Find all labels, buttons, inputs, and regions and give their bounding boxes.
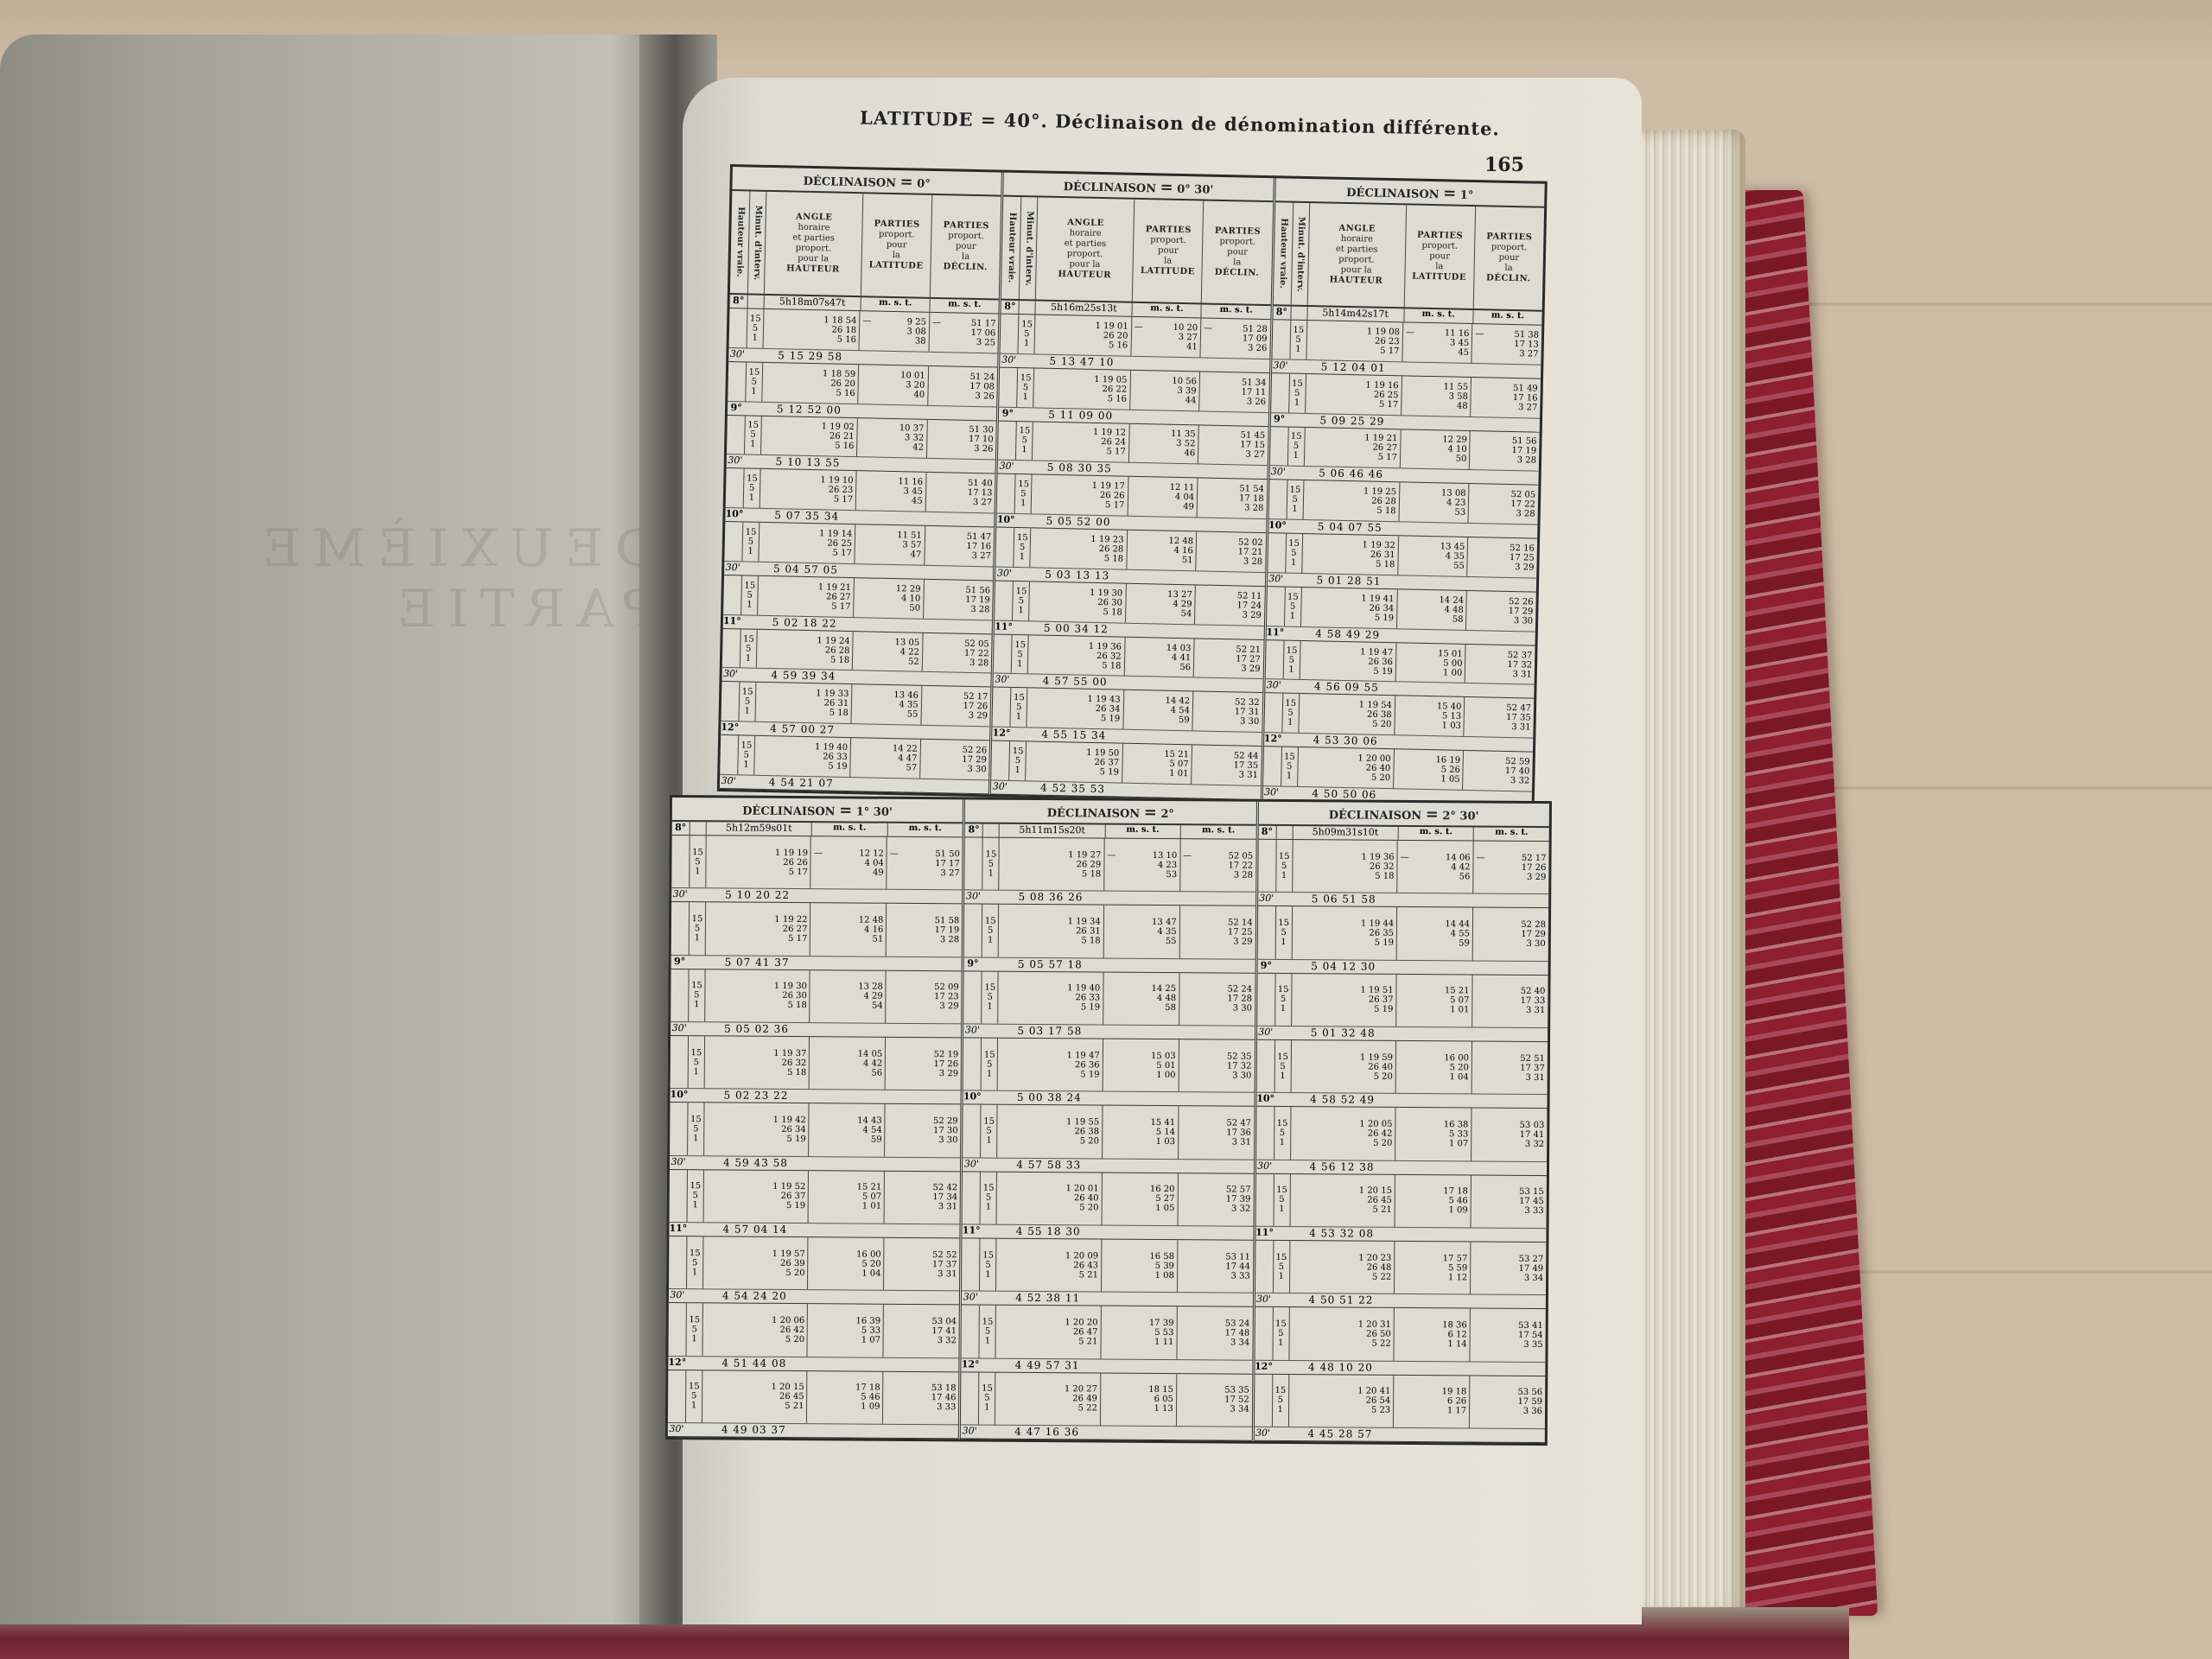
- hour-angle: 4 51 44 08: [701, 1357, 807, 1370]
- minut-values: 1551: [738, 736, 755, 775]
- latitude-parts: —11 163 4545: [1402, 322, 1472, 362]
- latitude-cell: [1396, 629, 1466, 644]
- latitude-cell: [1401, 416, 1471, 430]
- interval-group: 15511 19 5926 405 2016 005 201 0452 5117…: [1256, 1040, 1548, 1109]
- minut-values: 1551: [980, 1238, 996, 1290]
- table-row: 15511 19 5126 375 1915 215 071 0152 4017…: [1257, 973, 1548, 1028]
- latitude-cell: [1100, 1426, 1176, 1440]
- minut-values: 1551: [1283, 640, 1300, 679]
- interval-group: 15511 19 4726 365 1915 015 001 0052 3717…: [1265, 640, 1535, 699]
- angle-parts: 1 19 0526 225 16: [1034, 368, 1131, 409]
- interval-group: 15511 19 0826 235 17—11 163 4545—51 3817…: [1272, 320, 1542, 378]
- hauteur-cell: [726, 468, 745, 507]
- hauteur-label: 30': [720, 775, 737, 788]
- hauteur-label: 9°: [964, 957, 982, 970]
- declin-parts: 52 3217 313 30: [1192, 692, 1262, 732]
- minut-values: 1551: [741, 629, 758, 668]
- col-declin: PARTIESproport.pourlaDÉCLIN.: [931, 195, 1001, 299]
- hauteur-label: 10°: [997, 514, 1014, 527]
- hauteur-label: 10°: [1256, 1093, 1274, 1106]
- latitude-cell: [1129, 410, 1199, 424]
- declin-cell: [1470, 417, 1540, 432]
- hauteur-label: 10°: [671, 1089, 688, 1102]
- angle-parts: 1 19 2126 275 17: [1304, 428, 1401, 468]
- latitude-cell: [1393, 1428, 1469, 1442]
- page-number: 165: [1484, 154, 1524, 176]
- hauteur-label: 8°: [730, 295, 748, 308]
- minut-cell: [983, 824, 1000, 837]
- declin-parts: 53 1517 453 33: [1471, 1175, 1547, 1228]
- angle-parts: 1 19 4226 345 19: [704, 1103, 810, 1156]
- table-row: 15511 19 2126 275 1712 294 105051 5617 1…: [723, 575, 993, 620]
- hauteur-label: 11°: [723, 615, 741, 628]
- minut-cell: [1017, 354, 1033, 367]
- unit-label: m. s. t.: [887, 823, 963, 837]
- table-row: 15511 20 2026 475 2117 395 531 1153 2417…: [962, 1306, 1253, 1361]
- angle-parts: 1 19 4326 345 19: [1027, 689, 1124, 729]
- table-row: 15511 19 3426 315 1813 474 355552 1417 2…: [964, 905, 1255, 960]
- declin-parts: —51 5017 173 27: [887, 837, 963, 890]
- minut-cell: [1009, 728, 1025, 741]
- minut-cell: [982, 891, 997, 904]
- hauteur-cell: [671, 969, 689, 1021]
- hauteur-label: 8°: [672, 822, 690, 835]
- interval-group: 15511 19 4726 365 1915 035 011 0052 3517…: [963, 1038, 1255, 1107]
- col-latitude: PARTIESproport.pourlaLATITUDE: [861, 194, 933, 297]
- hauteur-label: 11°: [1255, 1227, 1273, 1240]
- latitude-cell: [1101, 1293, 1177, 1306]
- minut-cell: [1276, 826, 1293, 839]
- declin-cell: [925, 512, 995, 527]
- table-row: 15511 19 2126 275 1712 294 105051 5617 1…: [1269, 427, 1539, 472]
- table-row: 15511 19 1626 255 1711 553 584851 4917 1…: [1271, 373, 1541, 418]
- angle-parts: 1 20 1526 455 21: [702, 1370, 808, 1423]
- latitude-parts: 12 294 1050: [1401, 429, 1471, 469]
- latitude-cell: [1397, 575, 1467, 590]
- hauteur-label: 9°: [1257, 959, 1274, 972]
- declin-cell: [1193, 678, 1263, 693]
- minut-values: 1551: [981, 1105, 997, 1157]
- hour-angle: 4 53 32 08: [1288, 1227, 1395, 1241]
- latitude-parts: 14 434 5459: [810, 1103, 886, 1156]
- col-angle: ANGLEhoraireet partiesproport.pour laHAU…: [765, 192, 863, 296]
- interval-group: 15511 19 5226 375 1915 215 071 0152 4217…: [669, 1170, 960, 1239]
- hauteur-label: 30': [1268, 573, 1285, 586]
- table-rows: 8°5h18m07s47tm. s. t.m. s. t.15511 18 54…: [720, 295, 999, 794]
- minut-cell: [1291, 307, 1307, 320]
- minut-cell: [685, 1357, 701, 1370]
- latitude-cell: [1102, 1225, 1178, 1239]
- angle-parts: 1 19 2426 285 18: [757, 629, 854, 670]
- declin-parts: 53 4117 543 35: [1471, 1309, 1546, 1362]
- table-row: 15511 19 5926 405 2016 005 201 0452 5117…: [1256, 1040, 1548, 1096]
- latitude-parts: 11 353 5246: [1128, 423, 1198, 463]
- hour-angle: 4 53 30 06: [1297, 734, 1395, 748]
- declin-parts: 52 2817 293 30: [1473, 908, 1548, 961]
- hour-angle: 4 49 03 37: [701, 1423, 807, 1437]
- angle-parts: 1 19 0826 235 17: [1306, 321, 1403, 361]
- angle-parts: 1 19 3626 325 18: [1028, 635, 1125, 676]
- minut-values: 1551: [1019, 315, 1036, 353]
- angle-parts: 1 20 2026 475 21: [996, 1306, 1102, 1358]
- hauteur-label: 30': [671, 888, 689, 901]
- latitude-parts: 11 513 5747: [855, 524, 925, 564]
- hauteur-cell: [721, 682, 741, 721]
- minut-cell: [745, 402, 760, 415]
- declin-cell: [1470, 1362, 1546, 1376]
- minut-cell: [1020, 301, 1036, 314]
- latitude-cell: [808, 1224, 884, 1237]
- hauteur-label: 30': [727, 454, 744, 467]
- angle-row: 30'4 45 28 57: [1254, 1427, 1544, 1443]
- table-row: 15511 20 1526 455 2117 185 461 0953 1817…: [668, 1370, 959, 1426]
- latitude-parts: —14 064 4256: [1397, 841, 1473, 893]
- declin-parts: 52 2617 293 30: [1466, 591, 1535, 631]
- angle-parts: 1 19 1226 245 17: [1033, 422, 1129, 462]
- table-rows: 8°5h14m42s17tm. s. t.m. s. t.15511 19 08…: [1262, 306, 1541, 805]
- left-page: DEUXIÈME PARTIE: [0, 35, 665, 1624]
- hauteur-cell: [1257, 906, 1275, 958]
- declin-parts: 53 0417 413 32: [884, 1305, 959, 1357]
- latitude-cell: [853, 618, 923, 632]
- minut-cell: [981, 1025, 996, 1038]
- angle-parts: 1 20 1526 455 21: [1290, 1174, 1395, 1227]
- latitude-parts: 14 244 4858: [1397, 589, 1467, 629]
- hauteur-label: 30': [1256, 1160, 1274, 1173]
- table-row: 15511 19 4126 345 1914 244 485852 2617 2…: [1267, 587, 1536, 632]
- hauteur-label: 30': [728, 348, 746, 361]
- minut-cell: [1014, 514, 1030, 527]
- hour-angle: 5 07 41 37: [704, 956, 810, 969]
- angle-parts: 1 20 0026 405 20: [1298, 747, 1395, 788]
- start-angle: 5h11m15s20t: [1000, 824, 1105, 838]
- hauteur-label: 30': [1258, 893, 1275, 906]
- latitude-parts: 15 215 071 01: [1122, 744, 1192, 784]
- hauteur-label: 30': [1262, 786, 1280, 799]
- table-row: 15511 19 4226 345 1914 434 545952 2917 3…: [670, 1103, 961, 1158]
- hour-angle: 4 59 43 58: [702, 1156, 809, 1170]
- table-row: 15511 19 5426 385 2015 405 131 0352 4717…: [1264, 694, 1534, 739]
- minut-cell: [1274, 960, 1290, 973]
- interval-group: 15511 20 0026 405 2016 195 261 0552 5917…: [1262, 747, 1533, 805]
- declin-cell: [1195, 571, 1265, 586]
- declin-cell: [1471, 1095, 1548, 1109]
- declin-cell: [886, 957, 962, 970]
- declin-parts: 53 2717 493 34: [1471, 1242, 1546, 1294]
- hauteur-cell: [1257, 973, 1275, 1025]
- table-row: 15511 20 0926 435 2116 585 391 0853 1117…: [962, 1238, 1253, 1294]
- col-minut: Minut. d'interv.: [748, 191, 766, 293]
- hour-angle: 4 49 57 31: [995, 1358, 1101, 1372]
- minut-cell: [1273, 1227, 1288, 1240]
- hauteur-label: 30': [1000, 353, 1017, 366]
- hauteur-cell: [961, 1372, 979, 1424]
- angle-parts: 1 19 1026 235 17: [760, 469, 857, 510]
- angle-parts: 1 19 2526 285 18: [1303, 480, 1400, 521]
- latitude-cell: [1397, 893, 1473, 907]
- hauteur-label: 30': [1269, 466, 1287, 479]
- hauteur-cell: [997, 474, 1016, 513]
- declin-cell: [883, 1291, 959, 1305]
- angle-row: 30'4 47 16 36: [961, 1425, 1251, 1440]
- hauteur-cell: [1265, 640, 1284, 679]
- hour-angle: 5 01 32 48: [1290, 1027, 1396, 1040]
- latitude-parts: 16 005 201 04: [808, 1237, 884, 1290]
- hour-angle: 4 55 15 34: [1025, 728, 1122, 743]
- hauteur-cell: [993, 688, 1012, 727]
- column-headers: Hauteur vraie. Minut. d'interv. ANGLEhor…: [1273, 202, 1544, 311]
- interval-group: 15511 19 2526 285 1813 084 235352 0517 2…: [1268, 480, 1539, 538]
- angle-parts: 1 20 0526 425 20: [1291, 1107, 1396, 1160]
- angle-parts: 1 19 1426 255 17: [759, 523, 855, 563]
- col-angle: ANGLEhoraireet partiesproport.pour laHAU…: [1307, 203, 1406, 307]
- minut-cell: [978, 1425, 994, 1438]
- minut-cell: [1280, 787, 1295, 800]
- hauteur-cell: [728, 362, 747, 401]
- latitude-parts: 11 553 5848: [1402, 376, 1471, 416]
- interval-group: 15511 19 4326 345 1914 424 545952 3217 3…: [992, 688, 1262, 747]
- latitude-cell: [1394, 1294, 1470, 1308]
- interval-group: 15511 20 0626 425 2016 395 331 0753 0417…: [668, 1303, 959, 1372]
- table-row: 15511 19 5526 385 2015 415 141 0352 4717…: [963, 1105, 1254, 1160]
- unit-label: m. s. t.: [812, 823, 888, 836]
- latitude-parts: 19 186 261 17: [1394, 1375, 1470, 1427]
- declin-cell: [1471, 1027, 1548, 1041]
- declin-parts: 52 5917 403 32: [1463, 751, 1532, 791]
- table-rows: 8°5h11m15s20tm. s. t.m. s. t.15511 19 27…: [961, 823, 1255, 1440]
- hauteur-label: 30': [671, 1022, 688, 1035]
- latitude-cell: [810, 957, 886, 970]
- hauteur-cell: [671, 1036, 689, 1088]
- declin-cell: [1465, 631, 1535, 645]
- latitude-parts: 11 163 4545: [856, 471, 926, 511]
- latitude-parts: 13 454 3555: [1398, 536, 1468, 575]
- hour-angle: 4 59 39 34: [754, 669, 852, 683]
- interval-group: 15511 19 2426 285 1813 054 225252 0517 2…: [721, 629, 992, 688]
- angle-parts: 1 20 3126 505 22: [1289, 1307, 1395, 1360]
- hauteur-cell: [670, 1170, 688, 1222]
- hauteur-cell: [1269, 427, 1288, 466]
- minut-cell: [1274, 1160, 1289, 1173]
- hauteur-cell: [962, 1306, 980, 1357]
- hauteur-cell: [1255, 1173, 1274, 1225]
- declin-cell: [1178, 1092, 1254, 1106]
- declin-parts: 51 5617 193 28: [924, 580, 993, 620]
- angle-parts: 1 19 4026 335 19: [998, 971, 1103, 1024]
- angle-parts: 1 18 5426 185 16: [764, 309, 861, 350]
- minut-values: 1551: [1276, 840, 1293, 892]
- minut-values: 1551: [1275, 906, 1292, 958]
- minut-cell: [979, 1292, 995, 1305]
- latitude-cell: [1395, 1094, 1471, 1108]
- hauteur-cell: [998, 421, 1017, 460]
- minut-cell: [690, 822, 707, 835]
- latitude-cell: [857, 404, 927, 419]
- minut-values: 1551: [1016, 422, 1033, 461]
- hauteur-label: 12°: [668, 1357, 685, 1370]
- interval-group: 15511 19 1726 265 1712 114 044951 5417 1…: [997, 474, 1268, 533]
- minut-cell: [688, 1022, 703, 1035]
- minut-values: 1551: [1287, 427, 1305, 466]
- declin-cell: [1176, 1427, 1252, 1440]
- declin-parts: —52 1717 263 29: [1473, 841, 1548, 893]
- latitude-cell: [1396, 1027, 1472, 1041]
- hour-angle: 4 52 35 53: [1024, 781, 1122, 796]
- latitude-parts: 10 013 2040: [858, 365, 928, 404]
- minut-cell: [739, 669, 754, 682]
- latitude-cell: [1123, 677, 1193, 691]
- interval-group: 15511 19 2126 275 1712 294 105051 5617 1…: [723, 575, 994, 634]
- angle-parts: 1 20 2326 485 22: [1290, 1241, 1395, 1294]
- block-title: DÉCLINAISON = 1° 30': [672, 798, 963, 823]
- table-row: 15511 20 1526 455 2117 185 461 0953 1517…: [1255, 1173, 1547, 1229]
- hauteur-label: 8°: [965, 823, 983, 836]
- minut-values: 1551: [1012, 635, 1029, 674]
- interval-group: 15511 19 5426 385 2015 405 131 0352 4717…: [1264, 694, 1535, 753]
- interval-group: 15511 20 4126 545 2319 186 261 1753 5617…: [1254, 1374, 1545, 1443]
- hour-angle: 5 07 35 34: [758, 509, 855, 524]
- minut-cell: [686, 1289, 702, 1302]
- interval-group: 15511 19 3326 315 1813 464 355552 1717 2…: [721, 682, 991, 741]
- hauteur-label: 11°: [1266, 626, 1283, 639]
- col-minut: Minut. d'interv.: [1020, 197, 1038, 299]
- start-angle: 5h12m59s01t: [707, 822, 812, 836]
- minut-values: 1551: [690, 902, 706, 954]
- hauteur-label: 9°: [1270, 413, 1287, 426]
- minut-values: 1551: [1274, 1241, 1290, 1293]
- interval-group: 15511 19 2226 275 1712 484 165151 5817 1…: [671, 902, 963, 971]
- latitude-cell: [852, 671, 922, 686]
- table-row: 15511 19 5726 395 2016 005 201 0452 5217…: [669, 1236, 960, 1292]
- latitude-parts: 14 034 4156: [1124, 637, 1194, 677]
- declin-cell: [886, 1024, 962, 1038]
- declin-cell: [1177, 1226, 1253, 1240]
- hour-angle: 5 02 23 22: [703, 1090, 810, 1103]
- latitude-parts: 17 185 461 09: [807, 1371, 883, 1424]
- latitude-cell: [1395, 1161, 1471, 1175]
- hour-angle: 5 11 09 00: [1032, 408, 1129, 423]
- table-row: 15511 19 1926 265 17—12 124 0449—51 5017…: [671, 836, 963, 891]
- declination-block-dec-0-30: DÉCLINAISON = 0° 30' Hauteur vraie. Minu…: [991, 173, 1275, 800]
- table-row: 15511 19 2526 285 1813 084 235352 0517 2…: [1268, 480, 1538, 524]
- declin-cell: [1199, 358, 1269, 372]
- hour-angle: 5 13 47 10: [1033, 354, 1130, 369]
- latitude-cell: [1103, 1092, 1179, 1106]
- minut-values: 1551: [1273, 1375, 1289, 1427]
- lower-blocks: DÉCLINAISON = 1° 30' Hauteur vraie. Minu…: [668, 798, 1549, 1443]
- latitude-parts: 12 484 1651: [1127, 531, 1197, 570]
- angle-parts: 1 19 4726 365 19: [998, 1039, 1103, 1091]
- minut-cell: [1275, 893, 1291, 906]
- minut-cell: [738, 722, 753, 735]
- declin-parts: 52 5217 373 31: [884, 1238, 959, 1291]
- minut-values: 1551: [686, 1303, 702, 1355]
- latitude-cell: [1395, 1228, 1471, 1242]
- declin-cell: [928, 353, 998, 367]
- hauteur-label: 30': [721, 668, 739, 681]
- declin-cell: [1179, 892, 1255, 906]
- table-row: 15511 19 3626 325 18—14 064 4256—52 1717…: [1258, 840, 1549, 895]
- latitude-cell: [1402, 362, 1471, 377]
- angle-parts: 1 19 4426 355 19: [1292, 906, 1397, 959]
- latitude-parts: 12 484 1651: [810, 903, 887, 956]
- table-row: 15511 20 0526 425 2016 385 331 0753 0317…: [1256, 1107, 1548, 1162]
- hauteur-label: 30': [962, 1292, 979, 1305]
- hour-angle: 4 50 51 22: [1288, 1294, 1395, 1307]
- hour-angle: 5 08 36 26: [997, 891, 1103, 905]
- declin-cell: [887, 890, 963, 904]
- minut-cell: [746, 348, 761, 361]
- unit-label: m. s. t.: [1105, 825, 1181, 839]
- table-row: 15511 20 3126 505 2218 366 121 1453 4117…: [1255, 1307, 1546, 1363]
- declin-parts: 52 3717 323 31: [1465, 645, 1535, 684]
- declin-parts: 52 0517 223 28: [923, 632, 992, 672]
- table-row: 15511 19 1426 255 1711 513 574751 4717 1…: [724, 522, 994, 567]
- hour-angle: 4 54 21 07: [753, 776, 850, 791]
- hauteur-cell: [668, 1303, 686, 1355]
- hour-angle: 5 04 07 55: [1301, 520, 1399, 535]
- minut-cell: [981, 1091, 996, 1104]
- minut-cell: [982, 957, 997, 970]
- latitude-cell: [1128, 463, 1198, 478]
- block-title: DÉCLINAISON = 2°: [965, 799, 1256, 825]
- table-row: 15511 20 0026 405 2016 195 261 0552 5917…: [1263, 747, 1533, 791]
- declin-parts: 53 0317 413 32: [1471, 1109, 1547, 1161]
- declin-cell: [884, 1224, 960, 1238]
- hauteur-label: 30': [1265, 680, 1282, 693]
- hour-angle: 5 10 13 55: [760, 455, 857, 470]
- latitude-parts: 16 395 331 07: [808, 1304, 884, 1357]
- minut-values: 1551: [688, 1170, 704, 1222]
- minut-cell: [1274, 1093, 1289, 1106]
- minut-cell: [1287, 467, 1302, 480]
- table-row: 15511 19 0826 235 17—11 163 4545—51 3817…: [1272, 320, 1541, 365]
- minut-values: 1551: [1282, 694, 1300, 733]
- declination-block-dec-2-30: DÉCLINAISON = 2° 30' Hauteur vraie. Minu…: [1254, 802, 1548, 1443]
- interval-group: 15511 20 2326 485 2217 575 591 1253 2717…: [1255, 1241, 1547, 1310]
- declin-cell: [885, 1157, 961, 1171]
- upper-table: DÉCLINAISON = 0° Hauteur vraie. Minut. d…: [717, 164, 1548, 809]
- minut-values: 1551: [687, 1236, 703, 1288]
- hauteur-label: 11°: [669, 1223, 686, 1236]
- hour-angle: 5 12 52 00: [760, 402, 858, 416]
- minut-cell: [1282, 680, 1298, 693]
- latitude-parts: 18 366 121 14: [1395, 1308, 1471, 1361]
- hauteur-cell: [1272, 320, 1291, 359]
- hauteur-label: 8°: [1258, 826, 1276, 839]
- table-row: 15511 19 2426 285 1813 054 225252 0517 2…: [722, 629, 992, 674]
- interval-group: 15511 19 4226 345 1914 434 545952 2917 3…: [670, 1103, 961, 1172]
- declination-block-dec-0: DÉCLINAISON = 0° Hauteur vraie. Minut. d…: [720, 167, 1004, 794]
- minut-values: 1551: [688, 1103, 704, 1154]
- start-angle: 5h09m31s10t: [1293, 826, 1398, 840]
- table-row: 15511 19 3026 305 1813 274 295452 1117 2…: [995, 581, 1264, 626]
- latitude-cell: [1395, 683, 1465, 697]
- hour-angle: 5 03 13 13: [1028, 568, 1126, 582]
- interval-group: 15511 20 0926 435 2116 585 391 0853 1117…: [962, 1238, 1253, 1307]
- declin-parts: 52 2417 283 30: [1179, 973, 1255, 1026]
- latitude-parts: 17 575 591 12: [1395, 1242, 1471, 1294]
- latitude-cell: [809, 1157, 885, 1171]
- hauteur-cell: [1255, 1307, 1273, 1359]
- angle-parts: 1 18 5926 205 16: [762, 363, 859, 404]
- angle-row: 30'4 49 03 37: [668, 1423, 958, 1439]
- hour-angle: 5 06 46 46: [1302, 467, 1400, 481]
- hauteur-cell: [1258, 840, 1276, 892]
- angle-parts: 1 19 5026 375 19: [1026, 742, 1122, 783]
- declin-cell: [882, 1425, 958, 1439]
- hour-angle: 4 57 00 27: [753, 722, 851, 737]
